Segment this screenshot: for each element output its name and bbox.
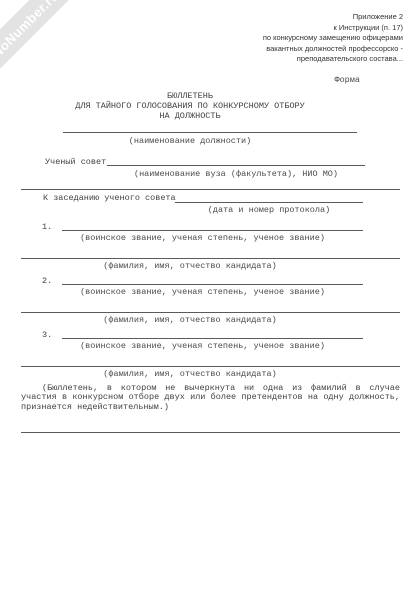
session-label: К заседанию ученого совета — [43, 193, 176, 203]
session-caption: (дата и номер протокола) — [175, 205, 363, 215]
candidate-number: 3. — [42, 330, 52, 340]
position-blank-line — [63, 132, 357, 133]
council-label: Ученый совет — [45, 157, 106, 167]
title-line: БЮЛЛЕТЕНЬ — [20, 91, 360, 101]
candidate-name-caption: (фамилия, имя, отчество кандидата) — [20, 315, 360, 325]
candidate-rank-caption: (воинское звание, ученая степень, ученое… — [52, 341, 353, 351]
council-blank-line — [107, 165, 365, 166]
candidate-rank-caption: (воинское звание, ученая степень, ученое… — [52, 233, 353, 243]
header-note-line: вакантных должностей профессорско - — [263, 44, 403, 55]
candidate-rank-blank-line — [62, 338, 363, 339]
header-note-line: преподавательского состава... — [263, 54, 403, 65]
header-note-line: Приложение 2 — [263, 12, 403, 23]
watermark-band: NoNumber.ru — [0, 0, 95, 94]
candidate-name-blank-line — [21, 312, 400, 313]
candidate-rank-blank-line — [62, 230, 363, 231]
header-note: Приложение 2 к Инструкции (п. 17) по кон… — [263, 12, 403, 65]
candidate-name-blank-line — [21, 258, 400, 259]
candidate-name-caption: (фамилия, имя, отчество кандидата) — [20, 369, 360, 379]
candidate-name-blank-line — [21, 366, 400, 367]
title-line: ДЛЯ ТАЙНОГО ГОЛОСОВАНИЯ ПО КОНКУРСНОМУ О… — [20, 101, 360, 111]
watermark-text: NoNumber.ru — [0, 0, 61, 60]
position-caption: (наименование должности) — [23, 136, 357, 146]
horizontal-rule — [21, 189, 400, 190]
candidate-rank-blank-line — [62, 284, 363, 285]
candidate-number: 1. — [42, 222, 52, 232]
form-label: Форма — [334, 75, 360, 85]
header-note-line: по конкурсному замещению офицерами — [263, 33, 403, 44]
header-note-line: к Инструкции (п. 17) — [263, 23, 403, 34]
invalid-ballot-note: (Бюллетень, в котором не вычеркнута ни о… — [21, 384, 400, 412]
council-caption: (наименование вуза (факультета), НИО МО) — [107, 169, 365, 179]
candidate-number: 2. — [42, 276, 52, 286]
candidate-rank-caption: (воинское звание, ученая степень, ученое… — [52, 287, 353, 297]
document-page: NoNumber.ru Приложение 2 к Инструкции (п… — [0, 0, 420, 600]
candidate-name-caption: (фамилия, имя, отчество кандидата) — [20, 261, 360, 271]
document-title: БЮЛЛЕТЕНЬ ДЛЯ ТАЙНОГО ГОЛОСОВАНИЯ ПО КОН… — [20, 91, 360, 121]
title-line: НА ДОЛЖНОСТЬ — [20, 111, 360, 121]
session-blank-line — [175, 202, 363, 203]
bottom-rule — [21, 432, 400, 433]
